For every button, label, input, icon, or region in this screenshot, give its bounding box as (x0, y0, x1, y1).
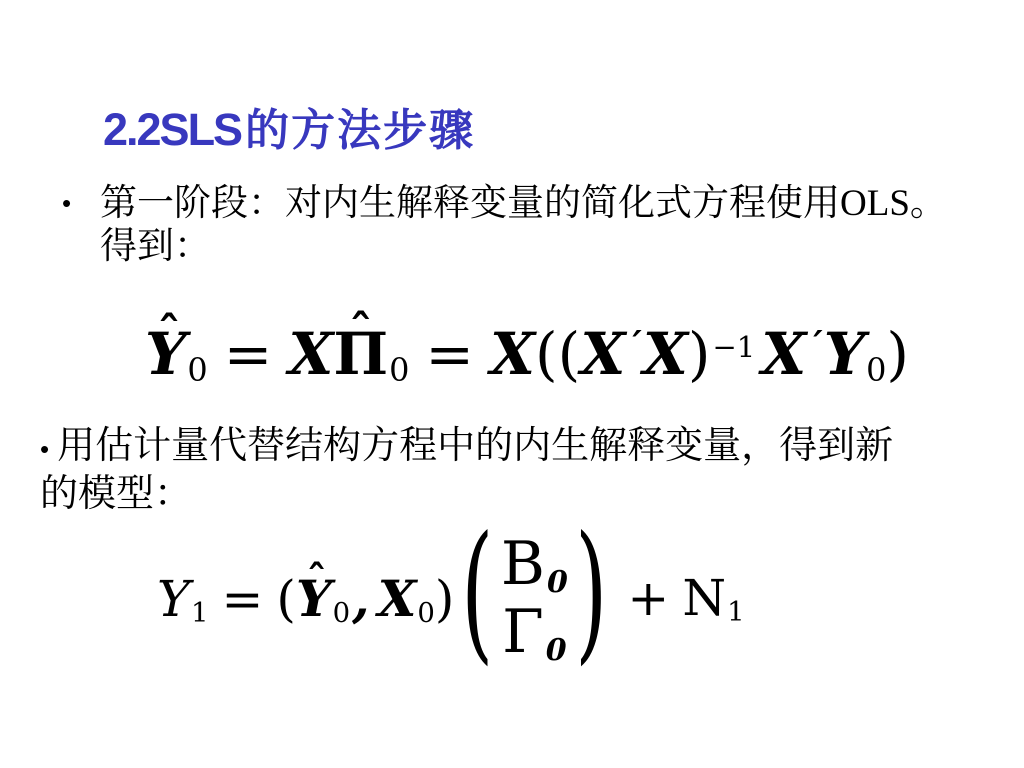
subscript-one: 1 (191, 597, 209, 629)
equals-sign: = (222, 570, 264, 628)
left-paren: ( (535, 320, 558, 388)
y-hat-term: ˆY (296, 569, 332, 628)
subscript-one: 1 (727, 596, 745, 628)
equals-sign: = (224, 320, 273, 388)
math-X: X (490, 320, 535, 388)
math-N: N (682, 569, 726, 627)
left-paren: ( (276, 570, 296, 628)
comma: , (352, 569, 369, 628)
coefficient-column-vector: ( B0 Γ0 ) (456, 523, 612, 673)
subscript-zero: 0 (417, 597, 435, 629)
subscript-zero-bold: 0 (546, 633, 567, 668)
math-X: X (288, 320, 333, 388)
subscript-zero-bold: 0 (547, 565, 568, 600)
inverse-superscript: −1 (712, 330, 755, 364)
bullet-line: 第一阶段：对内生解释变量的简化式方程使用OLS。 (100, 182, 947, 225)
math-X: X (761, 320, 806, 388)
bullet-icon: • (62, 182, 100, 225)
prime-mark: ′ (632, 323, 641, 365)
formula-first-stage: ˆY0=XˆΠ0=X((X′X)−1X′Y0) (145, 320, 909, 388)
bullet-substitute: •用估计量代替结构方程中的内生解释变量，得到新 的模型： (40, 424, 893, 517)
equals-sign: = (425, 320, 474, 388)
matrix-left-paren: ( (462, 517, 494, 667)
bullet-line-text: 用估计量代替结构方程中的内生解释变量，得到新 (57, 425, 893, 467)
formula-new-model: Y1=(ˆY0,X0) ( B0 Γ0 ) +N1 (157, 522, 745, 674)
math-X: X (643, 320, 688, 388)
left-paren: ( (558, 320, 581, 388)
math-Y: Y (824, 320, 865, 388)
bullet-line: •用估计量代替结构方程中的内生解释变量，得到新 (40, 424, 893, 472)
slide: 2.2SLS的方法步骤 • 第一阶段：对内生解释变量的简化式方程使用OLS。 得… (0, 0, 1024, 768)
title-text: 的方法步骤 (245, 106, 475, 155)
subscript-zero: 0 (187, 351, 207, 389)
hat-accent: ˆ (307, 557, 327, 604)
bullet-first-stage: • 第一阶段：对内生解释变量的简化式方程使用OLS。 得到： (62, 182, 947, 268)
matrix-cell-B0: B0 (501, 535, 568, 593)
y-hat-term: ˆY (145, 320, 186, 388)
lhs-term: Y1=(ˆY0,X0) (157, 569, 454, 628)
math-X: X (580, 320, 625, 388)
vector-column: B0 Γ0 (499, 535, 570, 661)
plus-sign: + (627, 569, 669, 627)
bullet-line: 得到： (100, 225, 947, 268)
math-Y: Y (157, 570, 190, 628)
matrix-cell-Gamma0: Γ0 (502, 603, 567, 661)
subscript-zero: 0 (333, 597, 351, 629)
hat-accent: ˆ (349, 304, 372, 359)
subscript-zero: 0 (389, 351, 409, 389)
error-term: +N1 (614, 569, 744, 627)
math-X: X (378, 569, 417, 628)
pi-hat-term: ˆΠ (333, 320, 388, 388)
right-paren: ) (886, 320, 909, 388)
subscript-zero: 0 (866, 351, 886, 389)
page-title: 2.2SLS的方法步骤 (103, 104, 475, 167)
bullet-text: 第一阶段：对内生解释变量的简化式方程使用OLS。 得到： (100, 182, 947, 268)
right-paren: ) (435, 570, 455, 628)
prime-mark: ′ (813, 323, 822, 365)
hat-accent: ˆ (157, 306, 180, 361)
title-section-number: 2.2SLS (103, 104, 241, 155)
math-Gamma: Γ (502, 597, 544, 667)
matrix-right-paren: ) (575, 517, 607, 667)
bullet-icon: • (40, 434, 49, 464)
math-B: B (501, 529, 545, 599)
right-paren: ) (688, 320, 711, 388)
